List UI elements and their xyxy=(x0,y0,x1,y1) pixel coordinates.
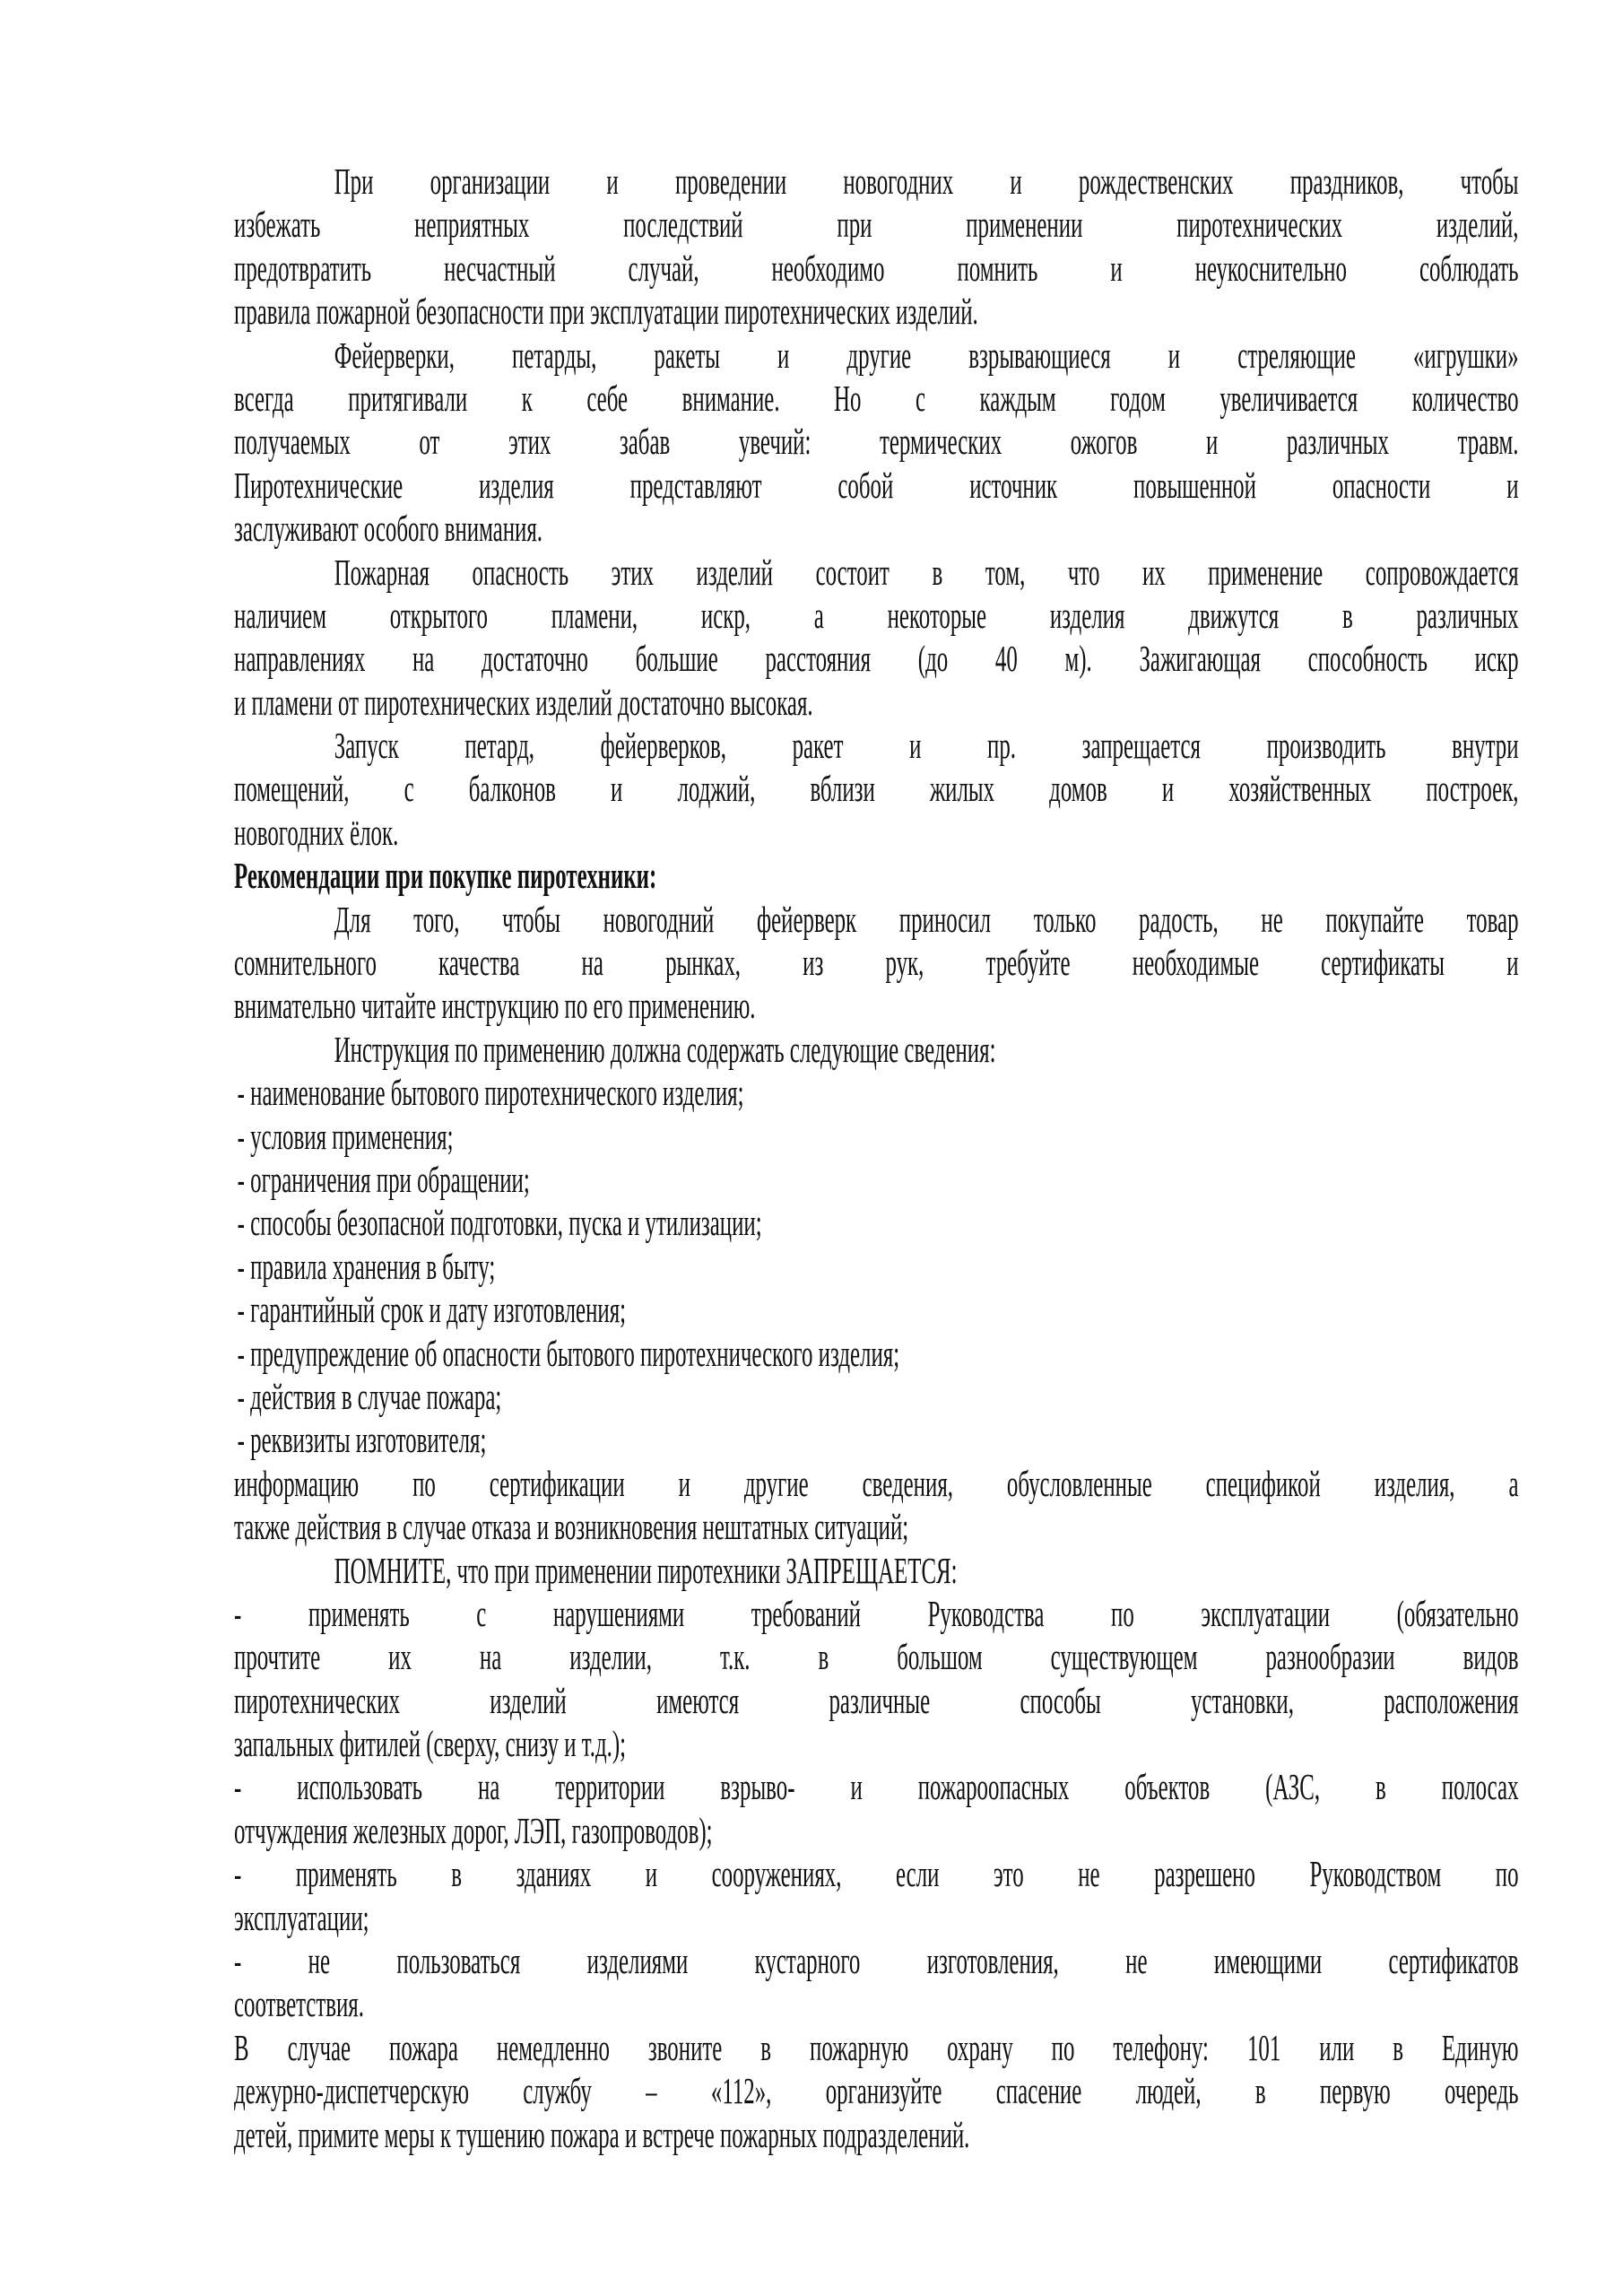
list-item: - ограничения при обращении; xyxy=(234,1158,1519,1201)
text-line: прочтите их на изделии, т.к. в большом с… xyxy=(234,1635,1519,1678)
text-line: заслуживают особого внимания. xyxy=(234,507,1519,550)
text-line: избежать неприятных последствий при прим… xyxy=(234,203,1519,246)
list-item: - гарантийный срок и дату изготовления; xyxy=(234,1288,1519,1331)
text-line: новогодних ёлок. xyxy=(234,811,1519,854)
text-line: детей, примите меры к тушению пожара и в… xyxy=(234,2113,1519,2156)
text-line: наличием открытого пламени, искр, а неко… xyxy=(234,594,1519,637)
paragraph: - не пользоваться изделиями кустарного и… xyxy=(234,1939,1519,2026)
paragraph: В случае пожара немедленно звоните в пож… xyxy=(234,2026,1519,2156)
paragraph: - использовать на территории взрыво- и п… xyxy=(234,1765,1519,1852)
text-line: получаемых от этих забав увечий: термиче… xyxy=(234,420,1519,463)
paragraph: Фейерверки, петарды, ракеты и другие взр… xyxy=(234,334,1519,551)
text-line: - не пользоваться изделиями кустарного и… xyxy=(234,1939,1519,1982)
text-line: В случае пожара немедленно звоните в пож… xyxy=(234,2026,1519,2069)
list-item: - способы безопасной подготовки, пуска и… xyxy=(234,1201,1519,1244)
text-line: запальных фитилей (сверху, снизу и т.д.)… xyxy=(234,1722,1519,1765)
paragraph: При организации и проведении новогодних … xyxy=(234,160,1519,334)
list-item: - условия применения; xyxy=(234,1115,1519,1158)
document-body: При организации и проведении новогодних … xyxy=(234,160,1519,2156)
list-item: - правила хранения в быту; xyxy=(234,1245,1519,1288)
text-line: - применять в зданиях и сооружениях, есл… xyxy=(234,1852,1519,1895)
paragraph: информацию по сертификации и другие свед… xyxy=(234,1462,1519,1549)
text-line: соответствия. xyxy=(234,1982,1519,2025)
list-item: - наименование бытового пиротехнического… xyxy=(234,1071,1519,1114)
list-item: - реквизиты изготовителя; xyxy=(234,1418,1519,1461)
text-line: направлениях на достаточно большие расст… xyxy=(234,637,1519,680)
text-line: Пиротехнические изделия представляют соб… xyxy=(234,464,1519,507)
text-line: - применять с нарушениями требований Рук… xyxy=(234,1592,1519,1635)
paragraph: Запуск петард, фейерверков, ракет и пр. … xyxy=(234,724,1519,854)
paragraph: - применять с нарушениями требований Рук… xyxy=(234,1592,1519,1766)
paragraph: Инструкция по применению должна содержат… xyxy=(234,1028,1519,1071)
paragraph: - применять в зданиях и сооружениях, есл… xyxy=(234,1852,1519,1939)
text-line: - использовать на территории взрыво- и п… xyxy=(234,1765,1519,1808)
text-line: также действия в случае отказа и возникн… xyxy=(234,1505,1519,1548)
heading-text: Рекомендации при покупке пиротехники: xyxy=(234,854,1519,897)
text-line: предотвратить несчастный случай, необход… xyxy=(234,247,1519,290)
list-item: - действия в случае пожара; xyxy=(234,1375,1519,1418)
text-line: помещений, с балконов и лоджий, вблизи ж… xyxy=(234,767,1519,810)
text-line: Для того, чтобы новогодний фейерверк при… xyxy=(234,898,1519,941)
text-line: ПОМНИТЕ, что при применении пиротехники … xyxy=(234,1549,1519,1592)
text-line: и пламени от пиротехнических изделий дос… xyxy=(234,681,1519,724)
section-heading: Рекомендации при покупке пиротехники: xyxy=(234,854,1519,897)
list-item: - предупреждение об опасности бытового п… xyxy=(234,1332,1519,1375)
text-line: отчуждения железных дорог, ЛЭП, газопров… xyxy=(234,1809,1519,1852)
text-line: внимательно читайте инструкцию по его пр… xyxy=(234,984,1519,1027)
text-line: При организации и проведении новогодних … xyxy=(234,160,1519,203)
text-line: дежурно-диспетчерскую службу – «112», ор… xyxy=(234,2069,1519,2112)
paragraph: Пожарная опасность этих изделий состоит … xyxy=(234,551,1519,725)
paragraph: Для того, чтобы новогодний фейерверк при… xyxy=(234,898,1519,1028)
text-line: правила пожарной безопасности при эксплу… xyxy=(234,290,1519,333)
text-line: всегда притягивали к себе внимание. Но с… xyxy=(234,377,1519,420)
text-line: эксплуатации; xyxy=(234,1896,1519,1939)
paragraph: ПОМНИТЕ, что при применении пиротехники … xyxy=(234,1549,1519,1592)
text-line: Запуск петард, фейерверков, ракет и пр. … xyxy=(234,724,1519,767)
text-line: Пожарная опасность этих изделий состоит … xyxy=(234,551,1519,594)
bullet-list: - наименование бытового пиротехнического… xyxy=(234,1071,1519,1462)
text-line: пиротехнических изделий имеются различны… xyxy=(234,1679,1519,1722)
text-line: сомнительного качества на рынках, из рук… xyxy=(234,941,1519,984)
document-page: При организации и проведении новогодних … xyxy=(0,0,1623,2296)
text-line: информацию по сертификации и другие свед… xyxy=(234,1462,1519,1505)
text-line: Инструкция по применению должна содержат… xyxy=(234,1028,1519,1071)
text-line: Фейерверки, петарды, ракеты и другие взр… xyxy=(234,334,1519,377)
